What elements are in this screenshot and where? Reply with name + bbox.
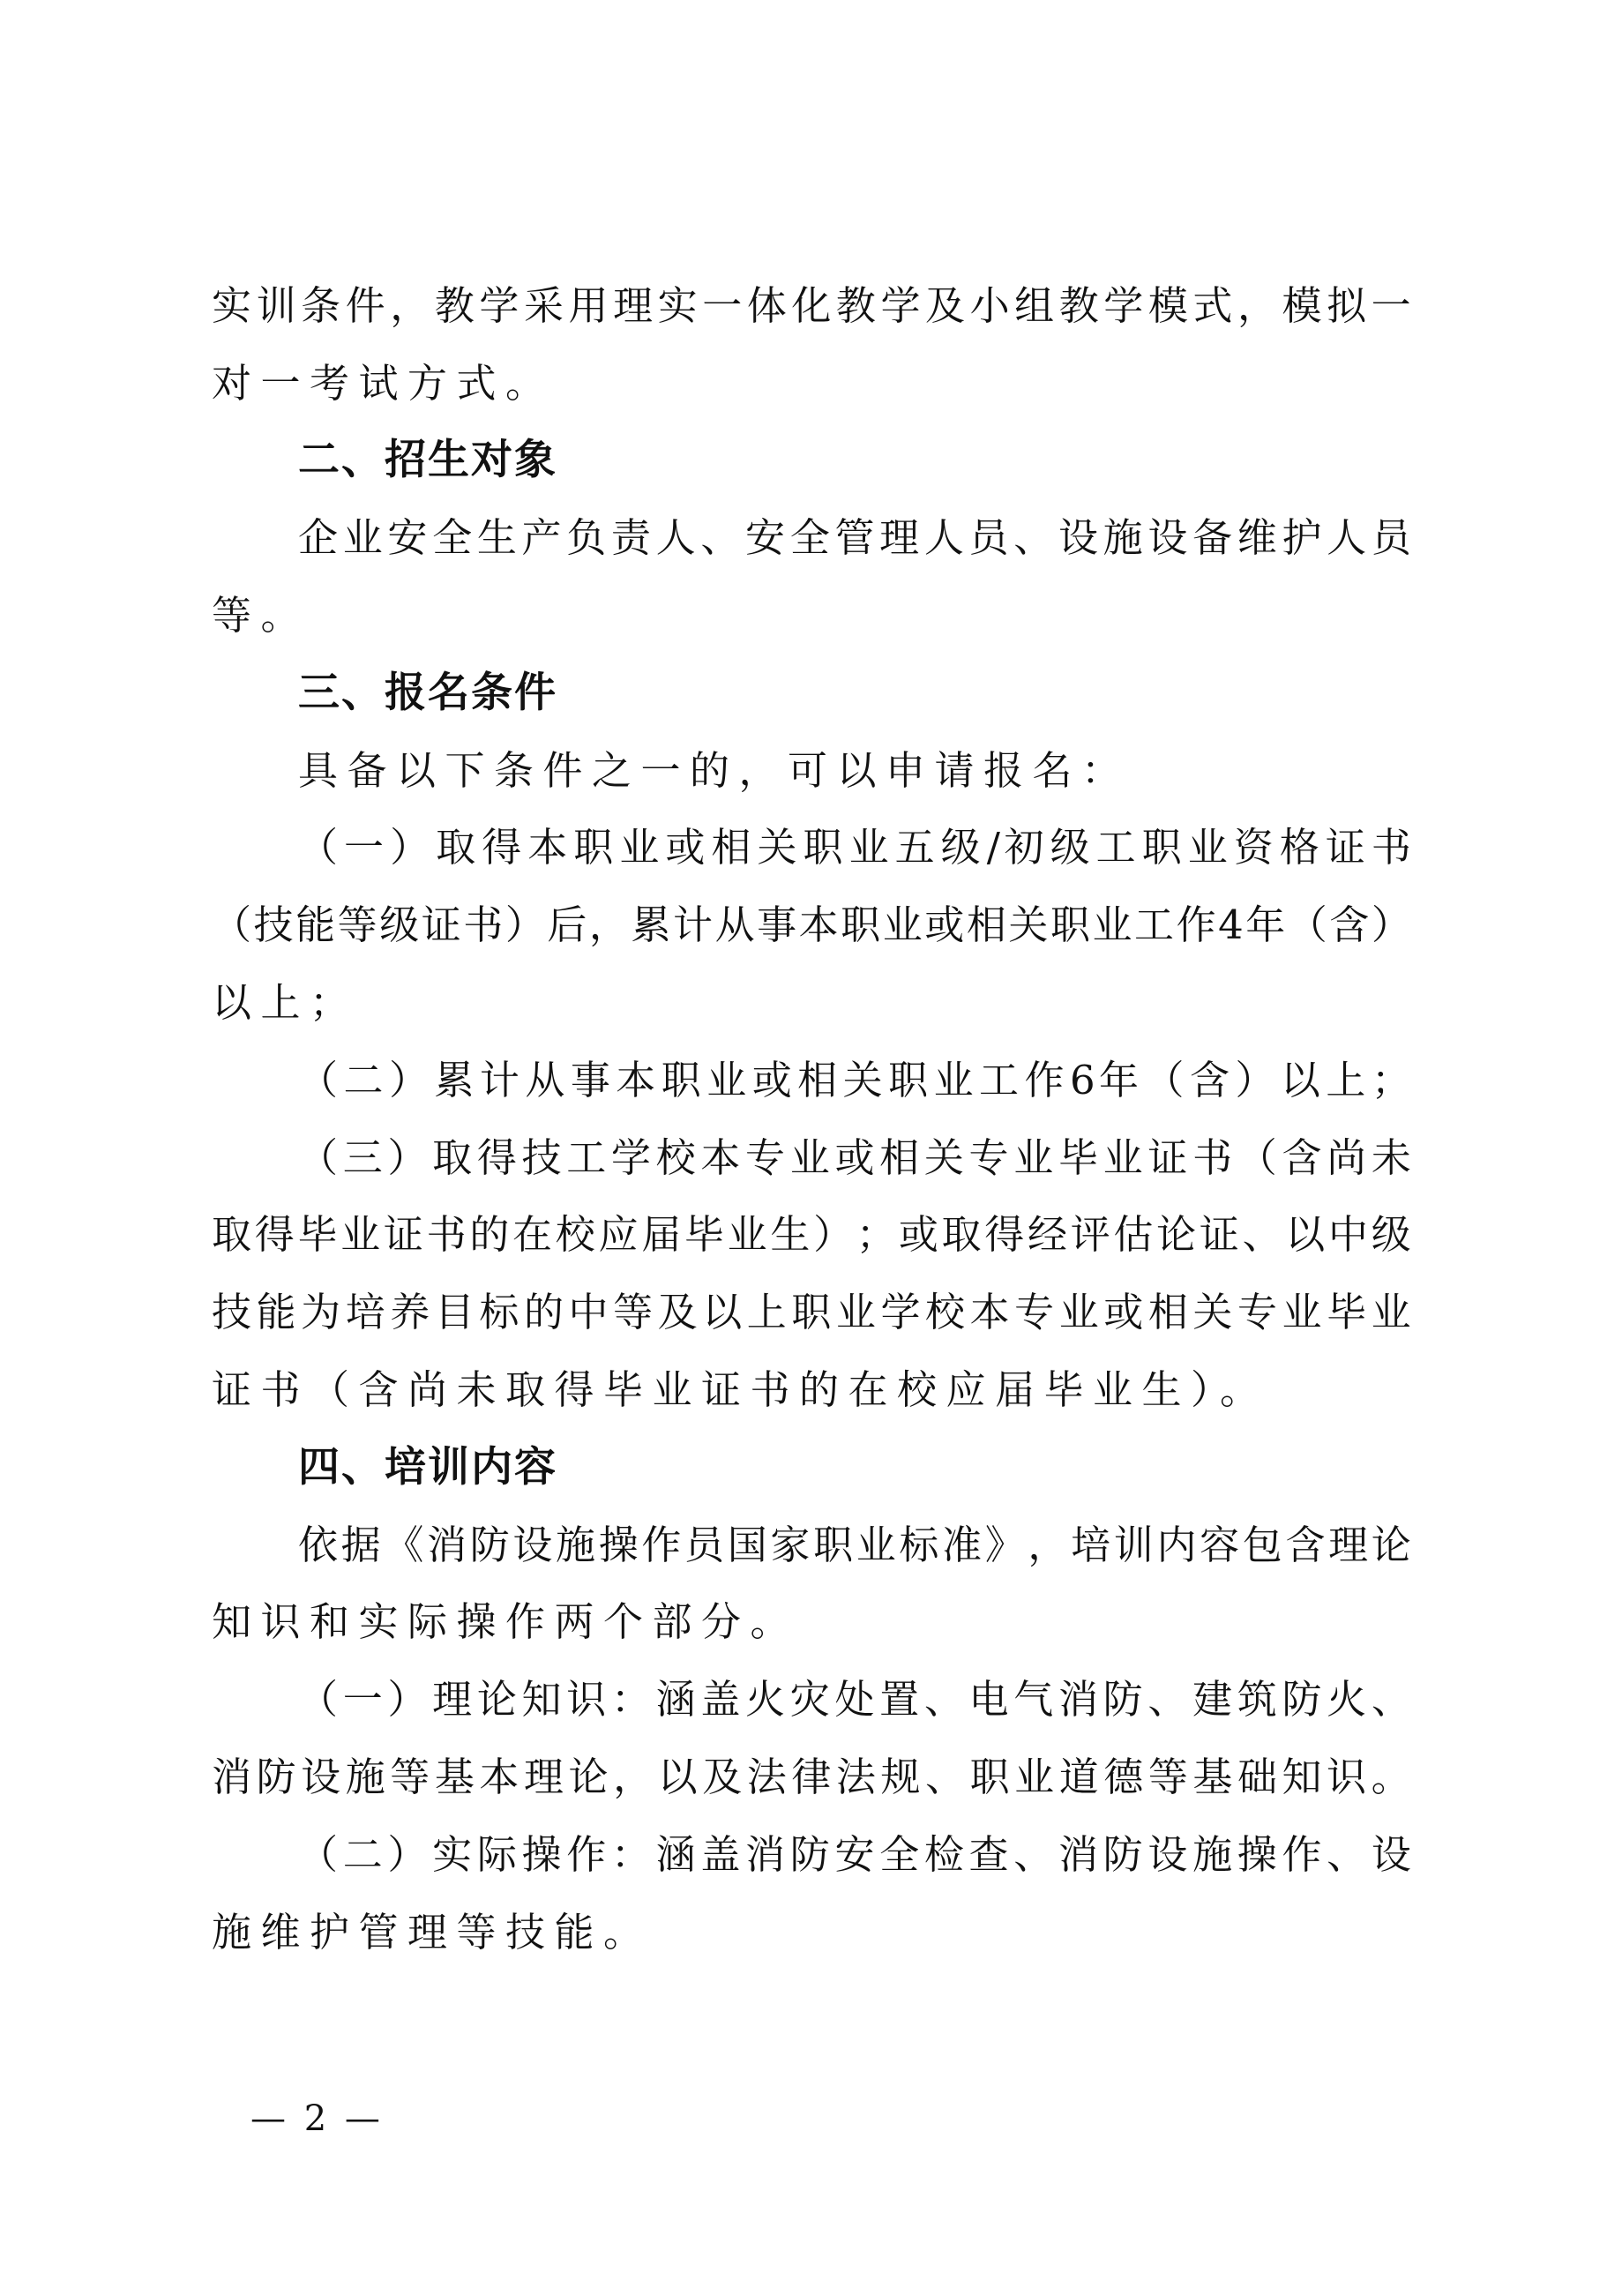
paragraph-line: 证书（含尚未取得毕业证书的在校应届毕业生）。 [212, 1364, 1411, 1417]
paragraph-line: 企 业 安 全 生 产 负 责 人 、 安 全 管 理 人 员 、 设 施 设 … [298, 512, 1411, 565]
condition-item-1: （ 一 ） 取 得 本 职 业 或 相 关 职 业 五 级 / 初 级 工 职 … [298, 821, 1411, 874]
condition-item-3: （ 三 ） 取 得 技 工 学 校 本 专 业 或 相 关 专 业 毕 业 证 … [298, 1132, 1411, 1185]
paragraph-line: 等。 [212, 589, 1411, 642]
paragraph-line: 消 防 设 施 等 基 本 理 论 ， 以 及 法 律 法 规 、 职 业 道 … [212, 1751, 1411, 1804]
paragraph-line: 具备以下条件之一的，可以申请报名： [298, 744, 1411, 797]
paragraph-line: 对一考试方式。 [212, 357, 1411, 410]
paragraph-line: 取 得 毕 业 证 书 的 在 校 应 届 毕 业 生 ） ； 或 取 得 经 … [212, 1208, 1411, 1261]
section-heading-enrollment-target: 二、招生对象 [298, 434, 1411, 487]
section-heading-registration-conditions: 三、报名条件 [298, 667, 1411, 720]
content-item-theory: （ 一 ） 理 论 知 识 ： 涵 盖 火 灾 处 置 、 电 气 消 防 、 … [298, 1673, 1411, 1726]
paragraph-line: 施维护管理等技能。 [212, 1906, 1411, 1959]
paragraph-line: 技 能 为 培 养 目 标 的 中 等 及 以 上 职 业 学 校 本 专 业 … [212, 1286, 1411, 1339]
condition-item-2: （ 二 ） 累 计 从 事 本 职 业 或 相 关 职 业 工 作 6 年 （ … [298, 1054, 1411, 1107]
section-heading-training-content: 四、培训内容 [298, 1441, 1411, 1494]
paragraph-line: 依 据 《 消 防 设 施 操 作 员 国 家 职 业 标 准 》 ， 培 训 … [298, 1519, 1411, 1572]
paragraph-line: 以上； [212, 976, 1411, 1029]
page-number: — 2 — [250, 2099, 380, 2138]
paragraph-line: （ 技 能 等 级 证 书 ） 后 ， 累 计 从 事 本 职 业 或 相 关 … [212, 899, 1411, 952]
content-item-practice: （ 二 ） 实 际 操 作 ： 涵 盖 消 防 安 全 检 查 、 消 防 设 … [298, 1829, 1411, 1881]
paragraph-line: 实 训 条 件 ， 教 学 采 用 理 实 一 体 化 教 学 及 小 组 教 … [212, 280, 1411, 333]
document-page: 实 训 条 件 ， 教 学 采 用 理 实 一 体 化 教 学 及 小 组 教 … [0, 0, 1622, 2296]
paragraph-line: 知识和实际操作两个部分。 [212, 1596, 1411, 1649]
